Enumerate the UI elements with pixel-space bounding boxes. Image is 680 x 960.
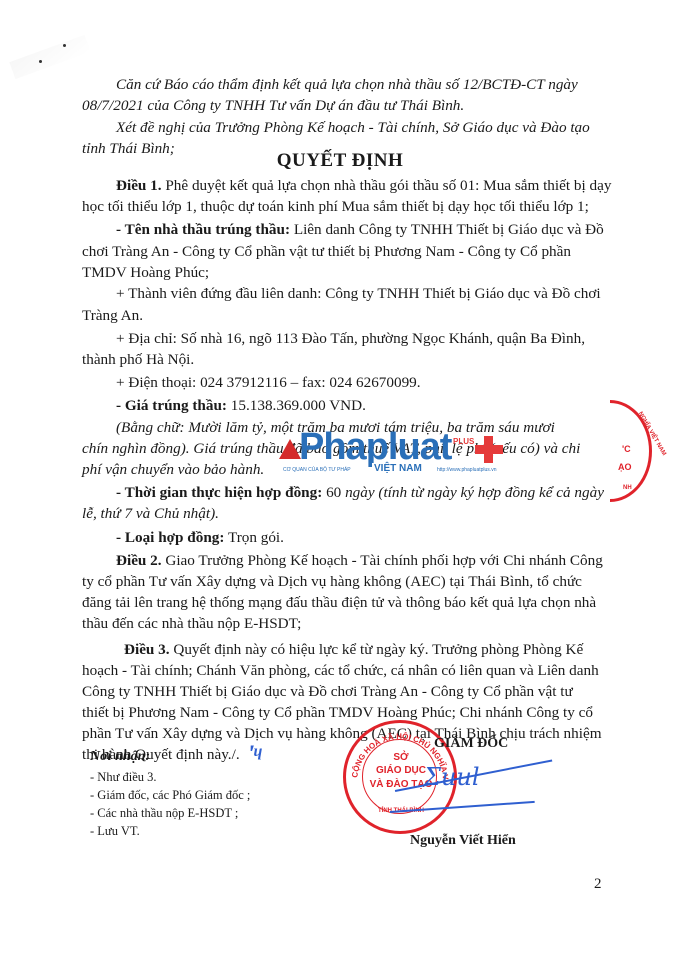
winner-line: chơi Tràng An - Công ty Cổ phần vật tư t… bbox=[82, 243, 571, 261]
article-3-line: thiết bị Phương Nam - Công ty Cổ phần TM… bbox=[82, 704, 593, 722]
phapluat-watermark-logo: Phapluat PLUS CƠ QUAN CỦA BỘ TƯ PHÁP VIỆ… bbox=[277, 433, 507, 475]
logo-triangle-icon bbox=[279, 439, 301, 459]
watermark-brand: Phapluat bbox=[299, 427, 451, 467]
article-2-label: Điều 2. bbox=[116, 552, 162, 569]
lead-member-line: + Thành viên đứng đầu liên danh: Công ty… bbox=[116, 285, 601, 303]
address-line: thành phố Hà Nội. bbox=[82, 351, 194, 369]
preamble-line: Căn cứ Báo cáo thẩm định kết quả lựa chọ… bbox=[116, 76, 578, 94]
article-2-line: ty cổ phần Tư vấn Xây dựng và Dịch vụ hà… bbox=[82, 573, 582, 591]
article-2-line: đăng tải lên trang hệ thống mạng đấu thầ… bbox=[82, 594, 596, 612]
decision-title: QUYẾT ĐỊNH bbox=[0, 150, 680, 172]
page-number: 2 bbox=[594, 876, 602, 893]
phone-line: + Điện thoại: 024 37912116 – fax: 024 62… bbox=[116, 374, 421, 392]
article-1-label: Điều 1. bbox=[116, 177, 162, 194]
article-3-line: hoạch - Tài chính; Chánh Văn phòng, các … bbox=[82, 662, 599, 680]
article-1-line: học tối thiểu lớp 1, thuộc dự toán kinh … bbox=[82, 198, 589, 216]
recipient-item: - Các nhà thầu nộp E-HSDT ; bbox=[90, 805, 238, 821]
edge-seal-fragment: NH bbox=[623, 485, 632, 491]
handwritten-initials: ꞌɥ bbox=[249, 743, 262, 761]
signature-scribble: Σuul bbox=[424, 763, 480, 791]
price-label: - Giá trúng thầu: bbox=[116, 397, 227, 414]
duration-value: 60 bbox=[322, 484, 341, 501]
article-2-line: Điều 2. Giao Trưởng Phòng Kế hoạch - Tài… bbox=[116, 552, 603, 570]
watermark-plus-label: PLUS bbox=[453, 437, 474, 446]
watermark-tagline: CƠ QUAN CỦA BỘ TƯ PHÁP bbox=[283, 467, 351, 473]
article-3-label: Điều 3. bbox=[124, 641, 170, 658]
signer-name: Nguyễn Viết Hiển bbox=[410, 832, 516, 850]
article-3-line: Công ty TNHH Thiết bị Giáo dục và Đồ chơ… bbox=[82, 683, 573, 701]
watermark-country: VIỆT NAM bbox=[372, 463, 424, 474]
article-3-line: Điều 3. Quyết định này có hiệu lực kể từ… bbox=[124, 641, 583, 659]
article-2-line: thầu đến các nhà thầu nộp E-HSDT; bbox=[82, 615, 301, 633]
signer-position: GIÁM ĐỐC bbox=[434, 735, 508, 753]
price-value: 15.138.369.000 VND. bbox=[227, 397, 366, 414]
plus-cross-icon bbox=[484, 436, 493, 463]
duration-line: - Thời gian thực hiện hợp đồng: 60 ngày … bbox=[116, 484, 604, 502]
preamble-line: Xét đề nghị của Trưởng Phòng Kế hoạch - … bbox=[116, 119, 590, 137]
price-line: - Giá trúng thầu: 15.138.369.000 VND. bbox=[116, 397, 366, 415]
recipient-item: - Lưu VT. bbox=[90, 823, 140, 839]
scan-smudge bbox=[9, 35, 90, 79]
article-1-line: Điều 1. Phê duyệt kết quả lựa chọn nhà t… bbox=[116, 177, 611, 195]
lead-member-line: Tràng An. bbox=[82, 307, 143, 325]
recipients-heading: Nơi nhận: bbox=[90, 749, 150, 765]
contract-type-line: - Loại hợp đồng: Trọn gói. bbox=[116, 529, 284, 547]
watermark-url: http://www.phapluatplus.vn bbox=[437, 467, 496, 473]
scan-dot bbox=[63, 44, 66, 47]
document-page: Căn cứ Báo cáo thẩm định kết quả lựa chọ… bbox=[0, 0, 680, 960]
scan-dot bbox=[39, 60, 42, 63]
recipient-item: - Giám đốc, các Phó Giám đốc ; bbox=[90, 787, 250, 803]
article-3-line: phần Tư vấn Xây dựng và Dịch vụ hàng khô… bbox=[82, 725, 602, 743]
price-words-line: phí vận chuyển vào bảo hành. bbox=[82, 461, 264, 479]
address-line: + Địa chỉ: Số nhà 16, ngõ 113 Đào Tấn, p… bbox=[116, 330, 585, 348]
contract-type-label: - Loại hợp đồng: bbox=[116, 529, 224, 546]
seal-line: SỞ bbox=[363, 752, 439, 763]
preamble-line: 08/7/2021 của Công ty TNHH Tư vấn Dự án … bbox=[82, 97, 464, 115]
winner-line: TMDV Hoàng Phúc; bbox=[82, 264, 209, 282]
edge-seal-fragment: ẠO bbox=[618, 462, 632, 472]
duration-label: - Thời gian thực hiện hợp đồng: bbox=[116, 484, 322, 501]
duration-line: lễ, thứ 7 và Chủ nhật). bbox=[82, 505, 219, 523]
winner-label: - Tên nhà thầu trúng thầu: bbox=[116, 221, 290, 238]
winner-line: - Tên nhà thầu trúng thầu: Liên danh Côn… bbox=[116, 221, 604, 239]
recipient-item: - Như điều 3. bbox=[90, 769, 157, 785]
edge-seal-fragment: 'C bbox=[622, 444, 631, 454]
contract-type-value: Trọn gói. bbox=[224, 529, 284, 546]
